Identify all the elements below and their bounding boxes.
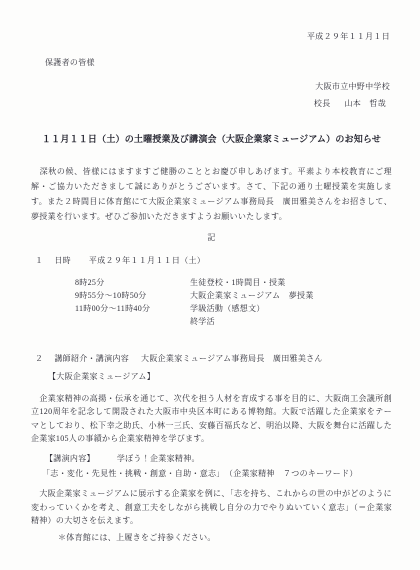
section1-date-value: 平成２９年１１月１１日（土） <box>89 256 205 267</box>
principal-name: 山本 哲哉 <box>345 99 387 108</box>
document-title: １１月１１日（土）の土曜授業及び講演会（大阪企業家ミュージアム）のお知らせ <box>31 133 392 145</box>
schedule-time: 9時55分～10時50分 <box>75 289 190 302</box>
schedule-time: 8時25分 <box>75 276 190 289</box>
section1-heading: １日時平成２９年１１月１１日（土） <box>35 256 392 267</box>
lecture-title: 学ぼう！企業家精神。 <box>117 454 200 463</box>
section2-lecturer: 大阪企業家ミュージアム事務局長 廣田雅美さん <box>141 354 323 365</box>
schedule-table: 8時25分 生徒登校・1時間目・授業 9時55分～10時50分 大阪企業家ミュー… <box>75 276 392 328</box>
lecture-heading: 【講演内容】 <box>45 454 95 463</box>
section2-label: 講師紹介・講演内容 <box>54 354 129 365</box>
greeting-paragraph: 深秋の候、皆様にはますますご健勝のこととお慶び申しあげます。平素より本校教育にご… <box>31 164 392 224</box>
section2-number: ２ <box>35 354 43 365</box>
schedule-time <box>75 315 190 328</box>
school-name: 大阪市立中野中学校 <box>31 82 392 93</box>
lecture-description: 大阪企業家ミュージアムに展示する企業家を例に、「志を持ち、これからの世の中がどの… <box>31 487 392 528</box>
schedule-activity: 生徒登校・1時間目・授業 <box>190 276 392 289</box>
section1-number: １ <box>35 256 43 267</box>
addressee: 保護者の皆様 <box>45 58 392 69</box>
principal-line: 校長山本 哲哉 <box>31 99 392 110</box>
schedule-activity: 大阪企業家ミュージアム 夢授業 <box>190 289 392 302</box>
issue-date: 平成２９年１１月１日 <box>31 32 392 43</box>
lecture-heading-row: 【講演内容】学ぼう！企業家精神。 <box>45 454 392 465</box>
schedule-activity: 学級活動（感想文） <box>190 302 392 315</box>
ki-marker: 記 <box>31 233 392 244</box>
schedule-activity: 終学活 <box>190 315 392 328</box>
keywords-line: 「志・変化・先見性・挑戦・創意・自助・意志」 （企業家精神 ７つのキーワード） <box>42 469 392 480</box>
museum-description: 企業家精神の高揚・伝承を通じて、次代を担う人材を育成する事を目的に、大阪商工会議… <box>31 392 392 446</box>
schedule-time: 11時00分～11時40分 <box>75 302 190 315</box>
letter-page: 平成２９年１１月１日 保護者の皆様 大阪市立中野中学校 校長山本 哲哉 １１月１… <box>0 0 420 570</box>
principal-title: 校長 <box>314 99 331 108</box>
museum-heading: 【大阪企業家ミュージアム】 <box>48 372 392 383</box>
section2-heading: ２講師紹介・講演内容大阪企業家ミュージアム事務局長 廣田雅美さん <box>35 354 392 365</box>
section1-label: 日時 <box>54 256 71 267</box>
footnote: ＊体育館には、上履きをご持参ください。 <box>58 533 392 544</box>
